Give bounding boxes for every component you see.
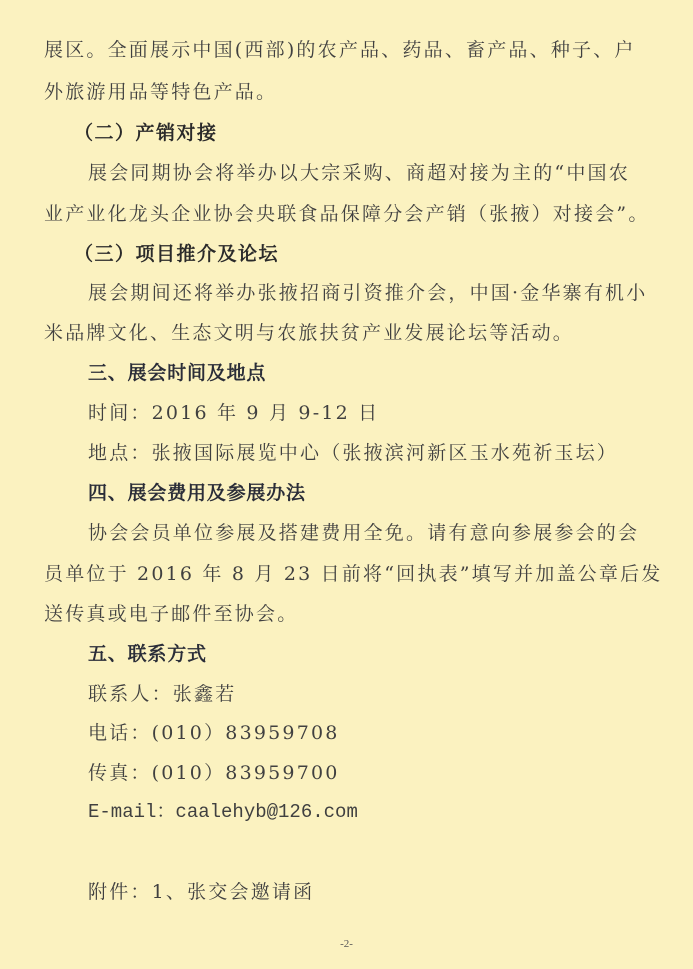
event-place: 地点：张掖国际展览中心（张掖滨河新区玉水苑祈玉坛） bbox=[88, 441, 618, 465]
contact-email: E-mail：caalehyb@126.com bbox=[88, 800, 358, 824]
paragraph-line: 展会同期协会将举办以大宗采购、商超对接为主的“中国农 bbox=[88, 161, 630, 185]
paragraph-line: 米品牌文化、生态文明与农旅扶贫产业发展论坛等活动。 bbox=[44, 321, 574, 345]
section-heading-fees: 四、展会费用及参展办法 bbox=[88, 481, 306, 505]
paragraph-line: 展会期间还将举办张掖招商引资推介会，中国·金华寨有机小 bbox=[88, 281, 647, 305]
event-time: 时间：2016 年 9 月 9-12 日 bbox=[88, 401, 379, 425]
paragraph-line: 展区。全面展示中国(西部)的农产品、药品、畜产品、种子、户 bbox=[44, 38, 636, 62]
page-number: -2- bbox=[0, 938, 693, 950]
attachment-note: 附件：1、张交会邀请函 bbox=[88, 880, 314, 904]
paragraph-line: 员单位于 2016 年 8 月 23 日前将“回执表”填写并加盖公章后发 bbox=[44, 562, 662, 586]
paragraph-line: 外旅游用品等特色产品。 bbox=[44, 80, 277, 104]
section-heading-time-place: 三、展会时间及地点 bbox=[88, 361, 266, 385]
subsection-heading-production-marketing: （二）产销对接 bbox=[74, 121, 218, 145]
subsection-heading-project-forum: （三）项目推介及论坛 bbox=[74, 242, 279, 266]
contact-person: 联系人：张鑫若 bbox=[88, 682, 236, 706]
paragraph-line: 送传真或电子邮件至协会。 bbox=[44, 602, 298, 626]
contact-fax: 传真：(010）83959700 bbox=[88, 761, 340, 785]
contact-phone: 电话：(010）83959708 bbox=[88, 721, 340, 745]
section-heading-contact: 五、联系方式 bbox=[88, 642, 207, 666]
paragraph-line: 业产业化龙头企业协会央联食品保障分会产销（张掖）对接会”。 bbox=[44, 202, 650, 226]
document-page: 展区。全面展示中国(西部)的农产品、药品、畜产品、种子、户 外旅游用品等特色产品… bbox=[0, 0, 693, 969]
paragraph-line: 协会会员单位参展及搭建费用全免。请有意向参展参会的会 bbox=[88, 521, 639, 545]
